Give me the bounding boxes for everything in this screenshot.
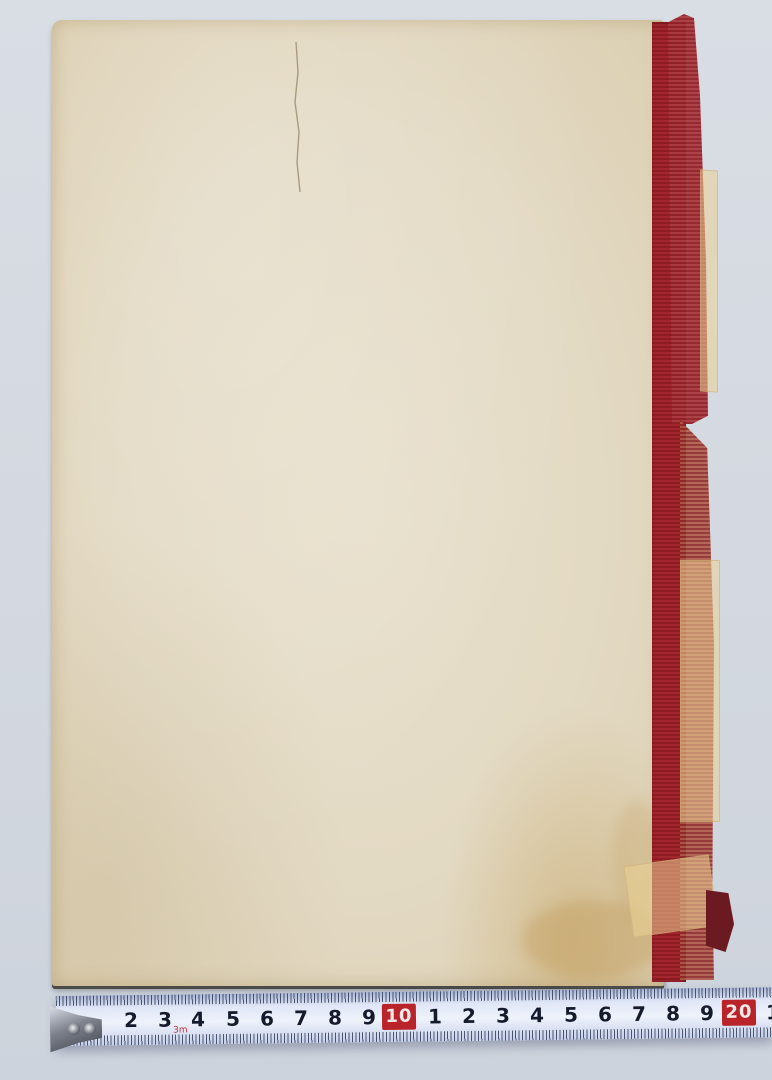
tape-number: 8 <box>662 1000 684 1026</box>
tape-number: 4 <box>526 1002 548 1028</box>
rivet-icon <box>68 1023 80 1035</box>
tape-number: 1 <box>762 999 772 1025</box>
torn-corner-flap <box>706 890 734 952</box>
tape-number: 5 <box>560 1002 582 1028</box>
tape-number: 5 <box>222 1006 244 1032</box>
adhesive-tape-repair <box>700 169 718 392</box>
tape-number-decimeter: 20 <box>722 999 756 1025</box>
tape-number: 8 <box>324 1004 346 1030</box>
photo-scene: 2 3 4 5 6 7 8 9 10 1 2 3 4 5 6 7 8 9 20 … <box>0 0 772 1080</box>
book-back-cover <box>52 20 664 986</box>
rivet-icon <box>84 1023 96 1035</box>
adhesive-tape-repair <box>680 560 720 822</box>
tape-number-decimeter: 10 <box>382 1004 416 1030</box>
tape-number: 2 <box>120 1007 142 1033</box>
tape-number: 3 <box>492 1002 514 1028</box>
tape-number: 7 <box>290 1005 312 1031</box>
tape-number: 6 <box>256 1005 278 1031</box>
tape-number: 2 <box>458 1003 480 1029</box>
tape-number: 9 <box>358 1004 380 1030</box>
tape-number: 4 <box>187 1006 209 1032</box>
tape-number: 9 <box>696 1000 718 1026</box>
tape-number: 6 <box>594 1001 616 1027</box>
cover-crack <box>292 42 308 192</box>
measuring-tape: 2 3 4 5 6 7 8 9 10 1 2 3 4 5 6 7 8 9 20 … <box>56 987 772 1046</box>
tape-number: 1 <box>424 1003 446 1029</box>
tape-number: 7 <box>628 1001 650 1027</box>
adhesive-tape-repair <box>623 854 718 937</box>
